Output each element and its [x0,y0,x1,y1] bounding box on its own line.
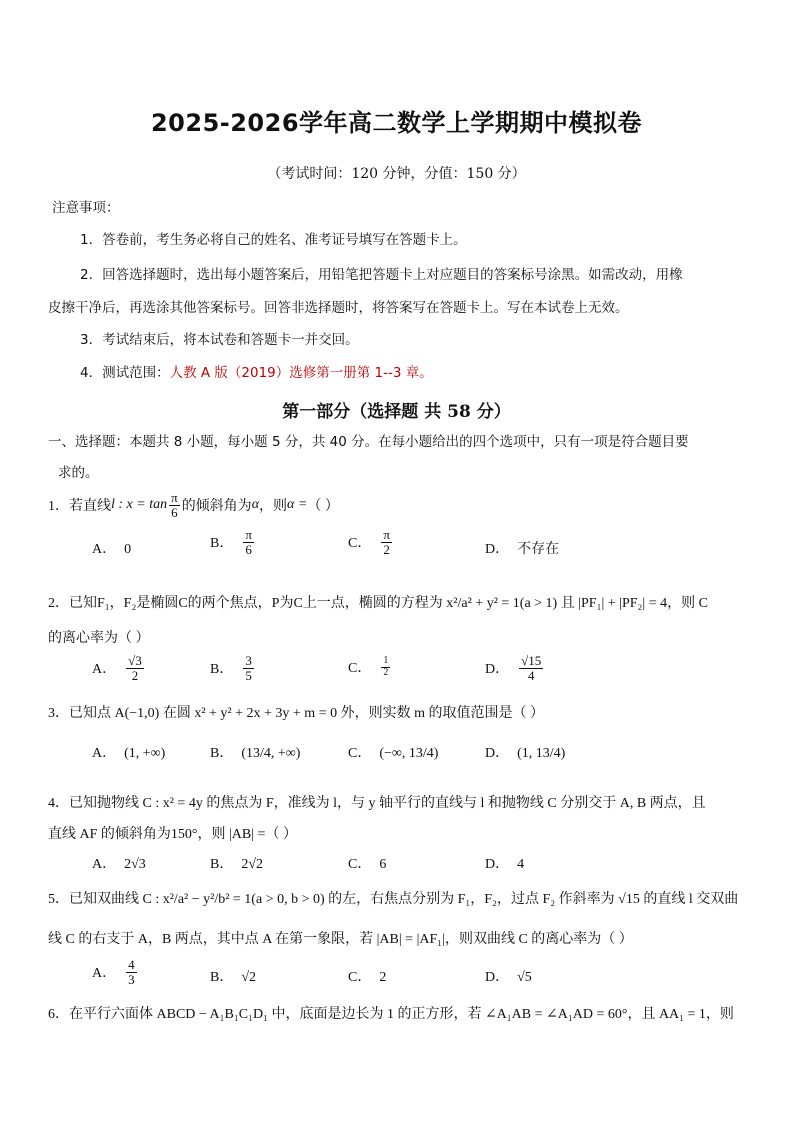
q5-option-c[interactable]: C．2 [348,966,386,986]
q3-option-c[interactable]: C．(−∞, 13/4) [348,742,438,762]
exam-info: （考试时间：120 分钟，分值：150 分） [0,163,793,183]
math-expr: l : x = tan [111,497,167,513]
q4-option-d[interactable]: D．4 [485,853,524,873]
question-2-cont: 的离心率为（ ） [48,627,150,647]
q5-option-b[interactable]: B．√2 [210,966,256,986]
notice-item-3: 3．考试结束后，将本试卷和答题卡一并交回。 [80,328,359,348]
q1-option-d[interactable]: D．不存在 [485,538,559,558]
q4-option-c[interactable]: C．6 [348,853,386,873]
section-instructions-cont: 求的。 [58,461,99,481]
question-3: 3．已知点 A(−1,0) 在圆 x² + y² + 2x + 3y + m =… [48,702,544,722]
q2-option-c[interactable]: C．12 [348,656,392,678]
q2-option-b[interactable]: B．35 [210,654,256,682]
notice-item-1: 1．答卷前，考生务必将自己的姓名、准考证号填写在答题卡上。 [80,228,467,248]
section-title-part1: 第一部分（选择题 共 58 分） [0,397,793,422]
question-text: 已知抛物线 C : x² = 4y 的焦点为 F，准线为 l，与 y 轴平行的直… [69,796,706,811]
q5-option-d[interactable]: D．√5 [485,966,532,986]
q3-option-a[interactable]: A．(1, +∞) [92,742,165,762]
question-1: 1． 若直线 l : x = tan π6 的倾斜角为 α ，则 α = （ ） [48,491,339,519]
section-instructions: 一、选择题：本题共 8 小题，每小题 5 分，共 40 分。在每小题给出的四个选… [48,430,689,450]
question-text: 若直线 [69,495,111,515]
question-number: 1． [48,495,69,515]
question-4: 4．已知抛物线 C : x² = 4y 的焦点为 F，准线为 l，与 y 轴平行… [48,792,706,812]
page-title: 2025-2026学年高二数学上学期期中模拟卷 [0,103,793,138]
q4-option-a[interactable]: A．2√3 [92,853,146,873]
notice-item-2: 2．回答选择题时，选出每小题答案后，用铅笔把答题卡上对应题目的答案标号涂黑。如需… [80,263,683,283]
question-text: 已知点 A(−1,0) 在圆 x² + y² + 2x + 3y + m = 0… [69,706,544,721]
notice-item-2-cont: 皮擦干净后，再选涂其他答案标号。回答非选择题时，将答案写在答题卡上。写在本试卷上… [48,296,629,316]
question-number: 2． [48,596,69,611]
question-5: 5．已知双曲线 C : x²/a² − y²/b² = 1(a > 0, b >… [48,888,738,908]
question-2: 2．已知F₁，F₂是椭圆C的两个焦点，P为C上一点，椭圆的方程为 x²/a² +… [48,592,708,612]
q4-option-b[interactable]: B．2√2 [210,853,263,873]
question-text: 在平行六面体 ABCD − A₁B₁C₁D₁ 中，底面是边长为 1 的正方形，若… [69,1007,734,1022]
notice-item-4: 4．测试范围：人教 A 版（2019）选修第一册第 1--3 章。 [80,361,433,381]
scope-value: 人教 A 版（2019）选修第一册第 1--3 章。 [170,365,433,381]
exam-page: 2025-2026学年高二数学上学期期中模拟卷 （考试时间：120 分钟，分值：… [0,0,793,1122]
q5-option-a[interactable]: A．43 [92,958,139,986]
question-number: 5． [48,892,69,907]
q1-option-a[interactable]: A．0 [92,538,131,558]
math-expr: α [252,497,259,513]
q2-option-a[interactable]: A．√32 [92,654,146,682]
question-number: 3． [48,706,69,721]
scope-label: 4．测试范围： [80,365,170,381]
question-text: 的倾斜角为 [182,495,252,515]
question-text: ，则 [259,495,287,515]
q2-option-d[interactable]: D．√154 [485,654,545,682]
fraction: π6 [169,491,180,519]
math-expr: α = [287,497,307,513]
question-text: 已知F₁，F₂是椭圆C的两个焦点，P为C上一点，椭圆的方程为 x²/a² + y… [69,596,708,611]
q3-option-b[interactable]: B．(13/4, +∞) [210,742,300,762]
q1-option-b[interactable]: B．π6 [210,528,256,556]
question-number: 6． [48,1007,69,1022]
question-4-cont: 直线 AF 的倾斜角为150°，则 |AB| =（ ） [48,823,297,843]
answer-blank: （ ） [307,495,339,515]
question-number: 4． [48,796,69,811]
q1-option-c[interactable]: C．π2 [348,528,394,556]
question-6: 6．在平行六面体 ABCD − A₁B₁C₁D₁ 中，底面是边长为 1 的正方形… [48,1003,734,1023]
notice-heading: 注意事项： [52,196,120,216]
question-text: 已知双曲线 C : x²/a² − y²/b² = 1(a > 0, b > 0… [69,892,738,907]
q3-option-d[interactable]: D．(1, 13/4) [485,742,565,762]
question-5-cont: 线 C 的右支于 A，B 两点，其中点 A 在第一象限，若 |AB| = |AF… [48,928,633,948]
